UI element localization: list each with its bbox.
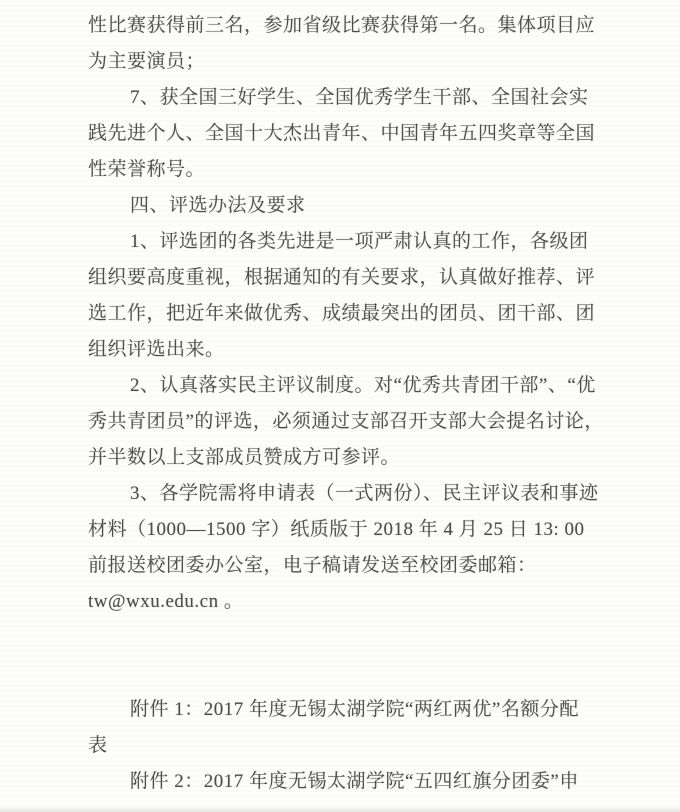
document-line: 秀共青团员”的评选，必须通过支部召开支部大会提名讨论，: [88, 404, 594, 440]
document-line: 践先进个人、全国十大杰出青年、中国青年五四奖章等全国: [88, 116, 594, 152]
document-line: 3、各学院需将申请表（一式两份）、民主评议表和事迹: [88, 476, 594, 512]
document-section-heading: 四、评选办法及要求: [88, 188, 594, 224]
scan-edge-shadow: [0, 806, 680, 812]
attachment-line: 附件 1：2017 年度无锡太湖学院“两红两优”名额分配: [88, 692, 594, 728]
document-line: 组织要高度重视，根据通知的有关要求，认真做好推荐、评: [88, 260, 594, 296]
document-line: 并半数以上支部成员赞成方可参评。: [88, 440, 594, 476]
document-line: 前报送校团委办公室，电子稿请发送至校团委邮箱：: [88, 548, 594, 584]
document-text-block: 性比赛获得前三名，参加省级比赛获得第一名。集体项目应 为主要演员； 7、获全国三…: [88, 8, 594, 800]
section-gap: [88, 620, 594, 692]
attachment-line: 表: [88, 728, 594, 764]
attachment-line: 附件 2：2017 年度无锡太湖学院“五四红旗分团委”申: [88, 764, 594, 800]
document-line: 为主要演员；: [88, 44, 594, 80]
document-line: 材料（1000—1500 字）纸质版于 2018 年 4 月 25 日 13: …: [88, 512, 594, 548]
scanned-document-page: 性比赛获得前三名，参加省级比赛获得第一名。集体项目应 为主要演员； 7、获全国三…: [0, 0, 680, 812]
document-line: 2、认真落实民主评议制度。对“优秀共青团干部”、“优: [88, 368, 594, 404]
document-line: 性荣誉称号。: [88, 152, 594, 188]
document-line: 性比赛获得前三名，参加省级比赛获得第一名。集体项目应: [88, 8, 594, 44]
document-line: 7、获全国三好学生、全国优秀学生干部、全国社会实: [88, 80, 594, 116]
document-line document-email-line: tw@wxu.edu.cn 。: [88, 584, 594, 620]
document-line: 1、评选团的各类先进是一项严肃认真的工作，各级团: [88, 224, 594, 260]
document-line: 组织评选出来。: [88, 332, 594, 368]
document-line: 选工作，把近年来做优秀、成绩最突出的团员、团干部、团: [88, 296, 594, 332]
